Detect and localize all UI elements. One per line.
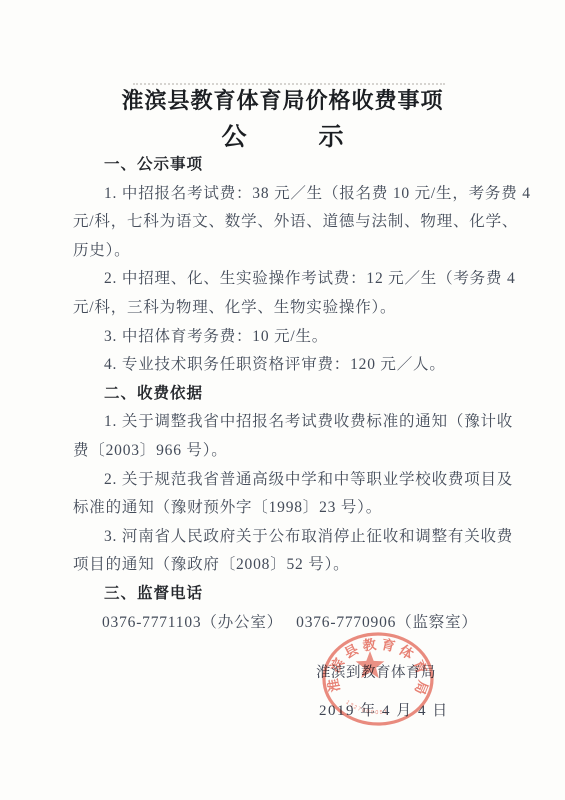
doc-line-cont: 标准的通知（豫财预外字〔1998〕23 号）。 bbox=[73, 494, 513, 523]
subtitle-char-shi: 示 bbox=[319, 117, 344, 153]
doc-line-heading: 三、监督电话 bbox=[73, 580, 513, 609]
document-subtitle: 公示 bbox=[0, 117, 565, 153]
doc-line-cont: 费〔2003〕966 号）。 bbox=[73, 437, 513, 466]
official-seal-stamp: 淮滨县教育体育局 1327000051 bbox=[310, 622, 450, 734]
document-body: 一、公示事项1. 中招报名考试费：38 元／生（报名费 10 元/生，考务费 4… bbox=[73, 151, 513, 637]
doc-line-para: 4. 专业技术职务任职资格评审费：120 元／人。 bbox=[73, 351, 513, 380]
subtitle-char-gong: 公 bbox=[221, 117, 246, 153]
svg-text:1327000051: 1327000051 bbox=[344, 700, 389, 716]
doc-line-para: 2. 关于规范我省普通高级中学和中等职业学校收费项目及 bbox=[73, 466, 513, 495]
doc-line-heading: 一、公示事项 bbox=[73, 151, 513, 180]
doc-line-cont: 元/科，三科为物理、化学、生物实验操作）。 bbox=[73, 294, 513, 323]
doc-line-cont: 历史）。 bbox=[73, 237, 513, 266]
seal-code: 1327000051 bbox=[344, 700, 389, 716]
scanned-document-page: 淮滨县教育体育局价格收费事项 公示 一、公示事项1. 中招报名考试费：38 元／… bbox=[0, 0, 565, 800]
doc-line-para: 3. 河南省人民政府关于公布取消停止征收和调整有关收费 bbox=[73, 523, 513, 552]
doc-line-cont: 元/科，七科为语文、数学、外语、道德与法制、物理、化学、 bbox=[73, 208, 513, 237]
doc-line-para: 1. 关于调整我省中招报名考试费收费标准的通知（豫计收 bbox=[73, 408, 513, 437]
doc-line-para: 2. 中招理、化、生实验操作考试费：12 元／生（考务费 4 bbox=[73, 265, 513, 294]
doc-line-para: 3. 中招体育考务费：10 元/生。 bbox=[73, 323, 513, 352]
doc-line-heading: 二、收费依据 bbox=[73, 380, 513, 409]
doc-line-para: 1. 中招报名考试费：38 元／生（报名费 10 元/生，考务费 4 bbox=[73, 180, 513, 209]
document-title: 淮滨县教育体育局价格收费事项 bbox=[0, 84, 565, 115]
doc-line-cont: 项目的通知（豫政府〔2008〕52 号）。 bbox=[73, 551, 513, 580]
